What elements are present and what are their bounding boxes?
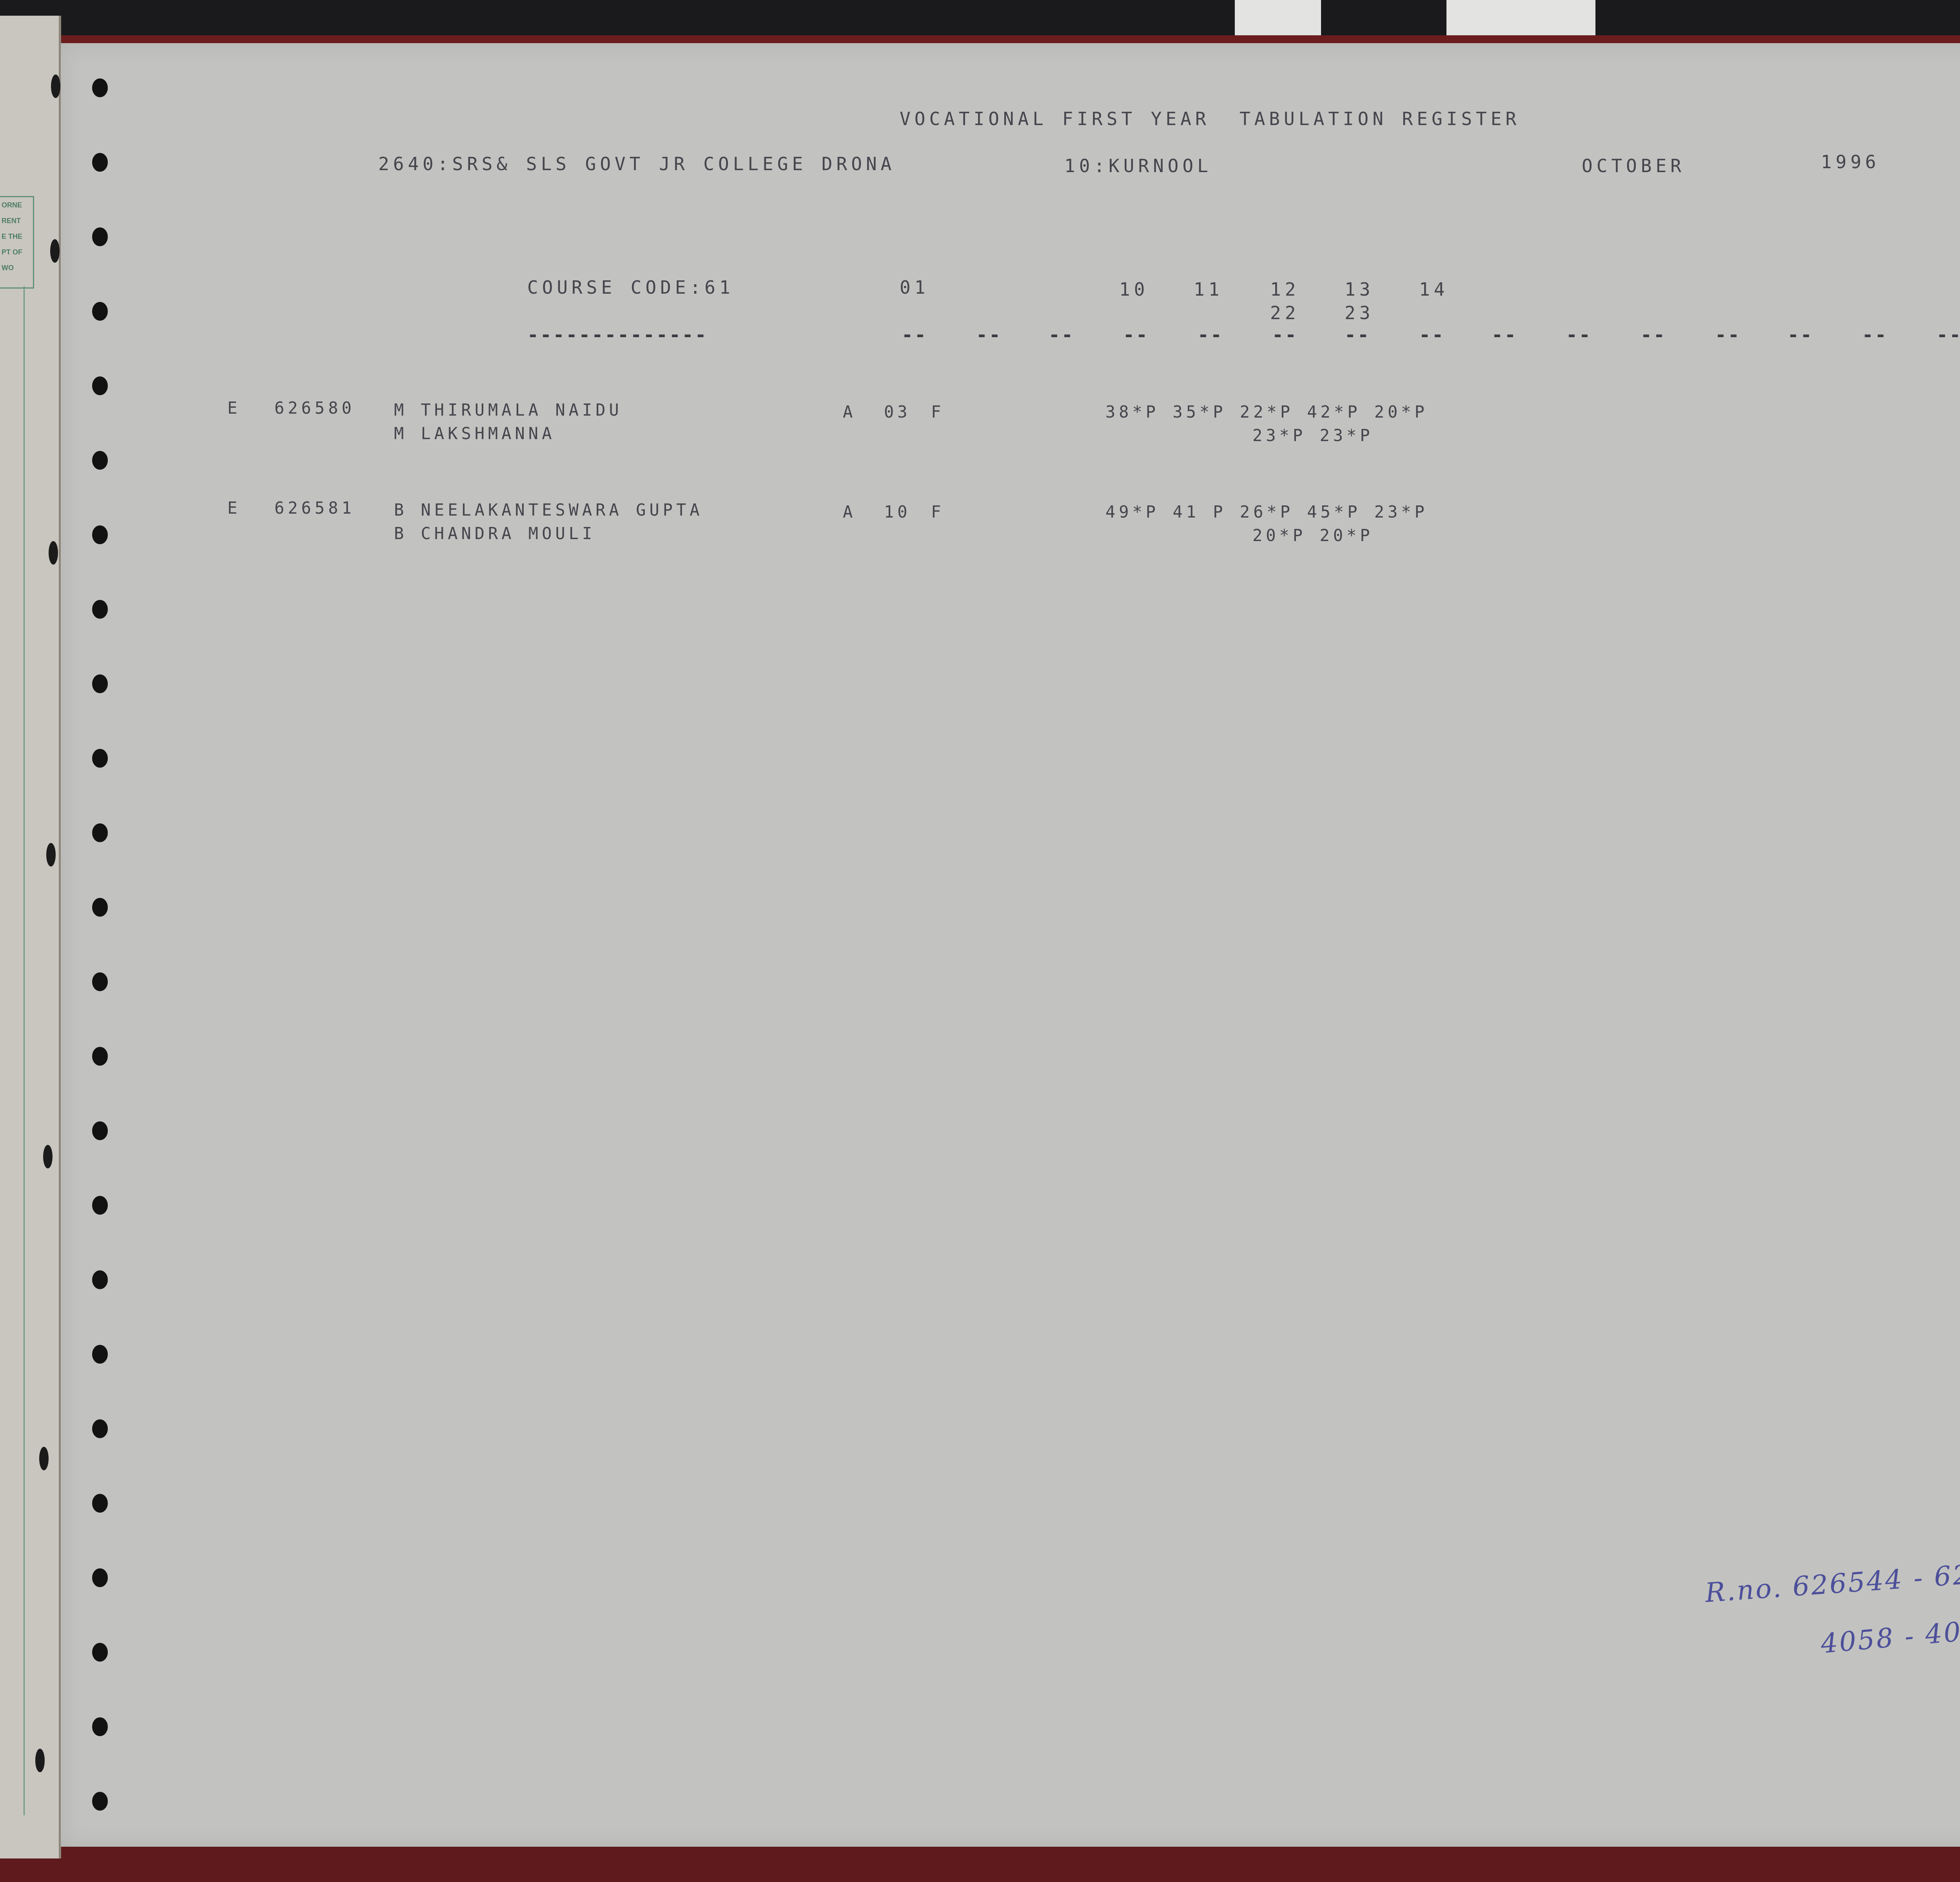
sex: F xyxy=(931,404,944,420)
punch-hole-icon xyxy=(92,1792,108,1811)
punch-hole-icon xyxy=(39,1447,49,1470)
punch-hole-icon xyxy=(92,1121,108,1140)
stamp-border-line xyxy=(24,286,25,1815)
punch-hole-icon xyxy=(92,823,108,842)
punch-hole-icon xyxy=(43,1145,53,1168)
column-divider: -- xyxy=(1715,325,1741,344)
course-underline: -------------- xyxy=(527,325,708,344)
handwritten-serial-range: 4058 - 4091 xyxy=(1820,1615,1960,1658)
column-divider: -- xyxy=(1788,325,1813,344)
punch-hole-icon xyxy=(92,1717,108,1736)
punch-hole-icon xyxy=(92,302,108,321)
punch-hole-icon xyxy=(50,239,60,263)
course-code-label: COURSE CODE:61 xyxy=(527,278,734,296)
previous-page-edge: ORNE RENT E THE PT OF WO xyxy=(0,16,61,1858)
punch-hole-icon xyxy=(49,541,58,565)
marks-line-2: 20*P 20*P xyxy=(1252,527,1374,544)
punch-hole-icon xyxy=(92,451,108,470)
punch-hole-icon xyxy=(46,843,56,867)
register-title: VOCATIONAL FIRST YEAR TABULATION REGISTE… xyxy=(900,110,1520,128)
marks-line-1: 49*P 41 P 26*P 45*P 23*P xyxy=(1105,504,1428,520)
column-divider: -- xyxy=(1049,325,1074,344)
stamp-line: E THE xyxy=(2,229,33,244)
punch-hole-icon xyxy=(92,1419,108,1438)
stamp-line: WO xyxy=(2,260,33,276)
punch-hole-icon xyxy=(92,1196,108,1215)
column-divider: -- xyxy=(1566,325,1592,344)
code: 03 xyxy=(884,404,911,420)
column-divider: -- xyxy=(1198,325,1223,344)
column-divider: -- xyxy=(1345,325,1370,344)
column-header-14: 14 xyxy=(1419,280,1448,298)
punch-hole-icon xyxy=(92,1643,108,1662)
column-header-01: 01 xyxy=(900,278,929,296)
stamp-line: RENT xyxy=(2,213,33,229)
punch-hole-icon xyxy=(92,1345,108,1364)
punch-hole-icon xyxy=(92,749,108,768)
candidate-name: B NEELAKANTESWARA GUPTA xyxy=(394,502,703,518)
category: A xyxy=(843,504,856,520)
punch-hole-icon xyxy=(92,525,108,544)
father-name: B CHANDRA MOULI xyxy=(394,525,595,542)
column-header-12: 12 xyxy=(1270,280,1299,298)
marks-line-1: 38*P 35*P 22*P 42*P 20*P xyxy=(1105,404,1428,420)
college-name: 2640:SRS& SLS GOVT JR COLLEGE DRONA xyxy=(378,155,895,173)
column-divider: -- xyxy=(1641,325,1666,344)
column-header-11: 11 xyxy=(1194,280,1223,298)
punch-hole-icon xyxy=(92,600,108,619)
record-type: E xyxy=(227,400,241,416)
column-divider: -- xyxy=(1419,325,1445,344)
marks-line-2: 23*P 23*P xyxy=(1252,427,1374,444)
punch-hole-icon xyxy=(92,972,108,991)
punch-hole-icon xyxy=(92,1047,108,1066)
left-page-stamp: ORNE RENT E THE PT OF WO xyxy=(0,196,34,289)
father-name: M LAKSHMANNA xyxy=(394,425,555,442)
candidate-name: M THIRUMALA NAIDU xyxy=(394,402,622,418)
sex: F xyxy=(931,504,944,520)
column-divider: -- xyxy=(1123,325,1149,344)
punch-hole-icon xyxy=(92,1270,108,1289)
punch-hole-icon xyxy=(92,376,108,395)
column-divider: -- xyxy=(976,325,1002,344)
punch-hole-icon xyxy=(51,74,60,98)
punch-hole-icon xyxy=(92,1494,108,1513)
district-name: 10:KURNOOL xyxy=(1064,157,1212,175)
tabulation-sheet: VOCATIONAL FIRST YEAR TABULATION REGISTE… xyxy=(61,43,1960,1847)
exam-year: 1996 xyxy=(1821,153,1880,171)
column-header-12-sub: 22 xyxy=(1270,304,1299,322)
code: 10 xyxy=(884,504,911,520)
column-divider: -- xyxy=(1272,325,1298,344)
stamp-line: PT OF xyxy=(2,244,33,260)
punch-hole-icon xyxy=(92,1568,108,1587)
record-type: E xyxy=(227,500,241,516)
column-header-13: 13 xyxy=(1345,280,1374,298)
punch-hole-icon xyxy=(92,898,108,917)
punch-hole-icon xyxy=(92,78,108,97)
stamp-line: ORNE xyxy=(2,197,33,213)
exam-month: OCTOBER xyxy=(1582,157,1685,175)
punch-hole-icon xyxy=(35,1749,45,1772)
column-divider: -- xyxy=(1936,325,1960,344)
punch-hole-icon xyxy=(92,674,108,693)
column-header-13-sub: 23 xyxy=(1345,304,1374,322)
column-divider: -- xyxy=(902,325,927,344)
hall-ticket-number: 626580 xyxy=(274,400,355,416)
handwritten-roll-range: R.no. 626544 - 626581 -- 34 xyxy=(1704,1550,1960,1607)
column-divider: -- xyxy=(1492,325,1517,344)
column-divider: -- xyxy=(1862,325,1888,344)
column-header-10: 10 xyxy=(1119,280,1149,298)
category: A xyxy=(843,404,856,420)
punch-hole-icon xyxy=(92,227,108,246)
punch-hole-icon xyxy=(92,153,108,172)
hall-ticket-number: 626581 xyxy=(274,500,355,516)
